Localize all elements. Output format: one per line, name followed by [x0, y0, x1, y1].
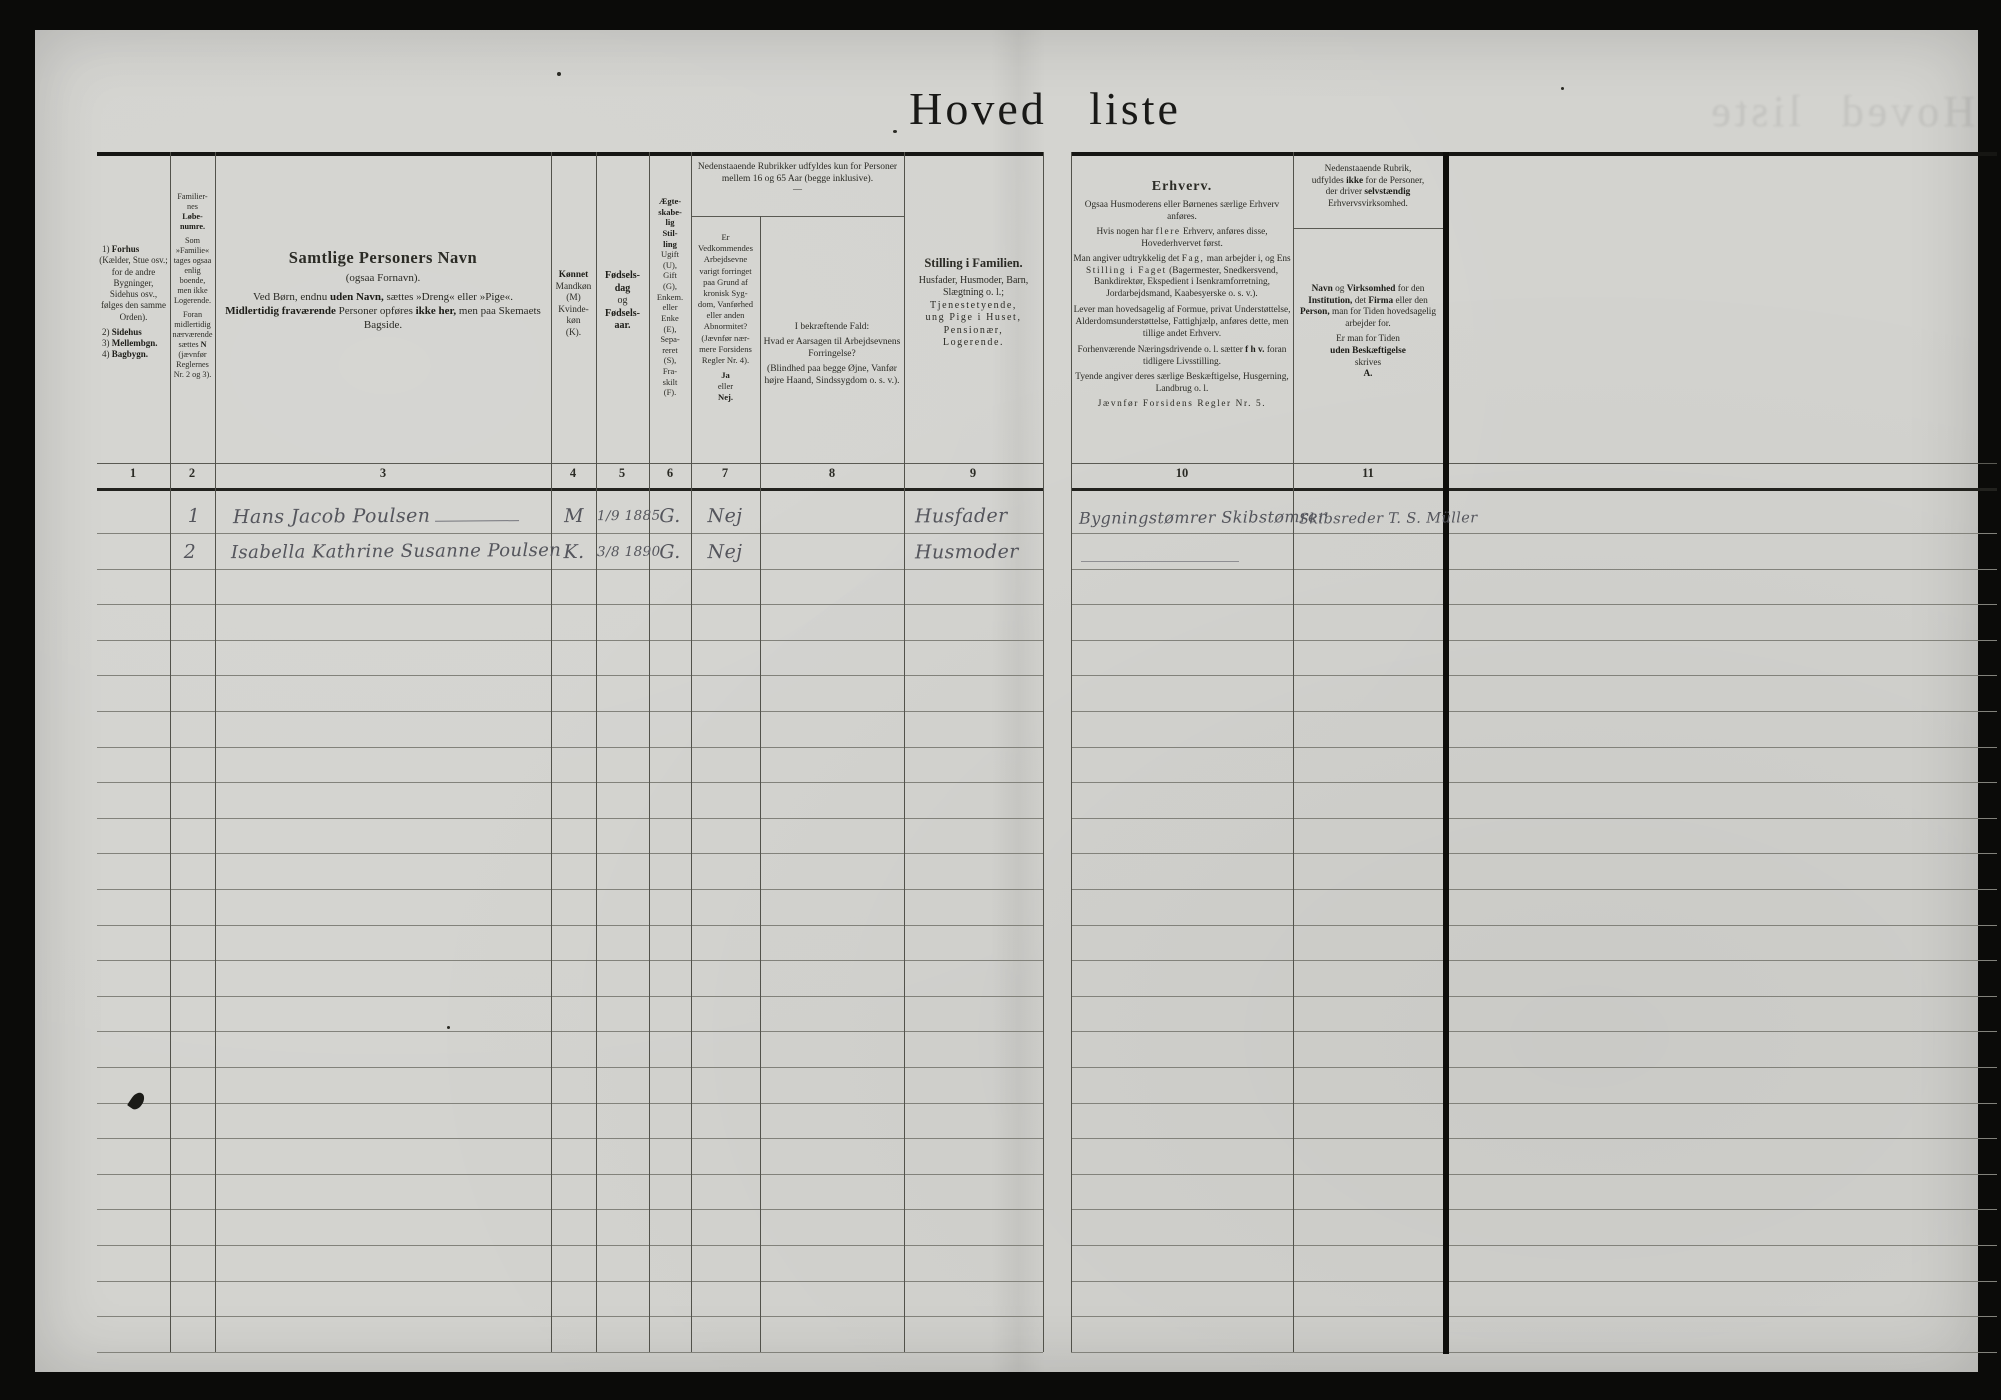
entry-number: 2 [169, 537, 211, 567]
entry-reduced: Nej [693, 501, 757, 531]
entry-name-text: Hans Jacob Poulsen [233, 505, 431, 528]
grid-line [691, 152, 692, 1352]
entry-marital: G. [650, 501, 690, 531]
paper: Hoved liste Hoved liste 1) Forhus(Kælder… [35, 30, 1978, 1372]
grid-line [97, 818, 1043, 819]
column-number: 2 [170, 466, 214, 481]
grid-line [1071, 1031, 1997, 1032]
grid-line [1043, 152, 1044, 1352]
page-title: Hoved liste [835, 82, 1255, 135]
grid-line [1071, 1067, 1997, 1068]
grid-line [1071, 711, 1997, 712]
grid-line [97, 604, 1043, 605]
grid-line [97, 889, 1043, 890]
grid-line [1293, 228, 1443, 229]
column-number: 3 [361, 466, 405, 481]
grid-line [1071, 604, 1997, 605]
grid-line [1071, 925, 1997, 926]
column-header-employer-note: Nedenstaaende Rubrik,udfyldes ikke for d… [1293, 152, 1443, 240]
entry-birth: 3/8 1890 [597, 537, 648, 567]
grid-line [97, 853, 1043, 854]
grid-line [1071, 1245, 1997, 1246]
grid-line [691, 216, 904, 217]
grid-line [97, 569, 1043, 570]
grid-line [1071, 747, 1997, 748]
grid-line [649, 152, 650, 1352]
grid-line [97, 1281, 1043, 1282]
column-header-family-number: Familier-nesLøbe-numre.Som »Familie« tag… [170, 152, 215, 503]
column-number: 8 [810, 466, 854, 481]
grid-line [1071, 1174, 1997, 1175]
grid-line [1293, 152, 1294, 1352]
grid-line [170, 152, 171, 1352]
grid-line [1071, 1103, 1997, 1104]
grid-line [1071, 152, 1997, 156]
grid-line [97, 960, 1043, 961]
grid-line [1071, 533, 1997, 534]
scan-speck [893, 130, 897, 133]
grid-line [97, 1031, 1043, 1032]
grid-line [1071, 996, 1997, 997]
entry-family: Husmoder [915, 537, 1040, 568]
grid-line [1071, 640, 1997, 641]
column-number: 1 [111, 466, 155, 481]
grid-line [97, 747, 1043, 748]
grid-line [215, 152, 216, 1352]
grid-line [97, 1067, 1043, 1068]
grid-line [1443, 152, 1449, 1354]
grid-line [1071, 1316, 1997, 1317]
grid-line [1071, 1138, 1997, 1139]
entry-birth: 1/9 1885 [597, 501, 648, 531]
scan-speck [557, 72, 561, 76]
grid-line [1071, 889, 1997, 890]
grid-line [1071, 1209, 1997, 1210]
grid-line [97, 1138, 1043, 1139]
column-number: 7 [703, 466, 747, 481]
column-number: 6 [648, 466, 692, 481]
entry-employer: Skibsreder T. S. Müller [1299, 503, 1449, 534]
entry-occupation: Bygningstømrer Skibstømrer [1079, 502, 1291, 533]
entry-marital: G. [650, 537, 690, 567]
grid-line [904, 152, 905, 1352]
grid-line [97, 711, 1043, 712]
grid-line [97, 675, 1043, 676]
grid-line [97, 1245, 1043, 1246]
scan-speck [1561, 87, 1564, 90]
grid-line [1071, 463, 1997, 464]
scan-speck [447, 1026, 450, 1029]
column-number: 9 [951, 466, 995, 481]
grid-line [1071, 1352, 1997, 1353]
grid-line [97, 782, 1043, 783]
grid-line [1071, 569, 1997, 570]
grid-line [1071, 152, 1072, 1352]
scanned-census-spread: { "title": "Hoved liste", "bleedthrough"… [0, 0, 2001, 1400]
column-header-building: 1) Forhus(Kælder, Stue osv.; for de andr… [97, 152, 170, 555]
column-number: 5 [600, 466, 644, 481]
grid-line [1071, 782, 1997, 783]
grid-line [760, 216, 761, 1352]
entry-number: 1 [173, 501, 215, 531]
entry-sex: K. [553, 537, 595, 567]
ink-blot [127, 1090, 147, 1112]
grid-line [97, 463, 1043, 464]
bleedthrough-text: Hoved liste [1595, 86, 1975, 137]
column-header-marital-status: Ægte-skabe-ligStil-lingUgift(U),Gift(G),… [649, 152, 691, 507]
entry-sex: M [553, 501, 595, 531]
column-header-occupation: Erhverv.Ogsaa Husmoderens eller Børnenes… [1071, 152, 1293, 489]
grid-line [97, 1103, 1043, 1104]
grid-line [97, 488, 1043, 491]
grid-line [1071, 1281, 1997, 1282]
grid-line [551, 152, 552, 1352]
column-header-name: Samtlige Personers Navn(ogsaa Fornavn).V… [215, 152, 551, 559]
grid-line [1071, 960, 1997, 961]
entry-name: Hans Jacob Poulsen [233, 500, 551, 532]
entry-family: Husfader [915, 501, 1040, 532]
column-header-span-7-8: Nedenstaaende Rubrikker udfyldes kun for… [691, 152, 904, 226]
pen-flourish [435, 506, 519, 522]
grid-line [97, 996, 1043, 997]
grid-line [97, 925, 1043, 926]
entry-name: Isabella Kathrine Susanne Poulsen [231, 536, 551, 568]
column-number: 11 [1346, 466, 1390, 481]
grid-line [97, 1352, 1043, 1353]
grid-line [1071, 488, 1997, 491]
grid-line [97, 1174, 1043, 1175]
grid-line [1071, 853, 1997, 854]
grid-line [1071, 818, 1997, 819]
grid-line [97, 1316, 1043, 1317]
grid-line [97, 533, 1043, 534]
grid-line [97, 1209, 1043, 1210]
grid-line [97, 640, 1043, 641]
grid-line [596, 152, 597, 1352]
column-number: 4 [551, 466, 595, 481]
column-number: 10 [1160, 466, 1204, 481]
grid-line [97, 152, 1043, 156]
grid-line [1071, 675, 1997, 676]
column-header-work-ability: ErVedkommendesArbejdsevnevarigt forringe… [691, 216, 760, 479]
entry-reduced: Nej [693, 537, 757, 567]
column-header-cause: I bekræftende Fald:Hvad er Aarsagen til … [760, 216, 904, 569]
ditto-line [1081, 561, 1239, 562]
